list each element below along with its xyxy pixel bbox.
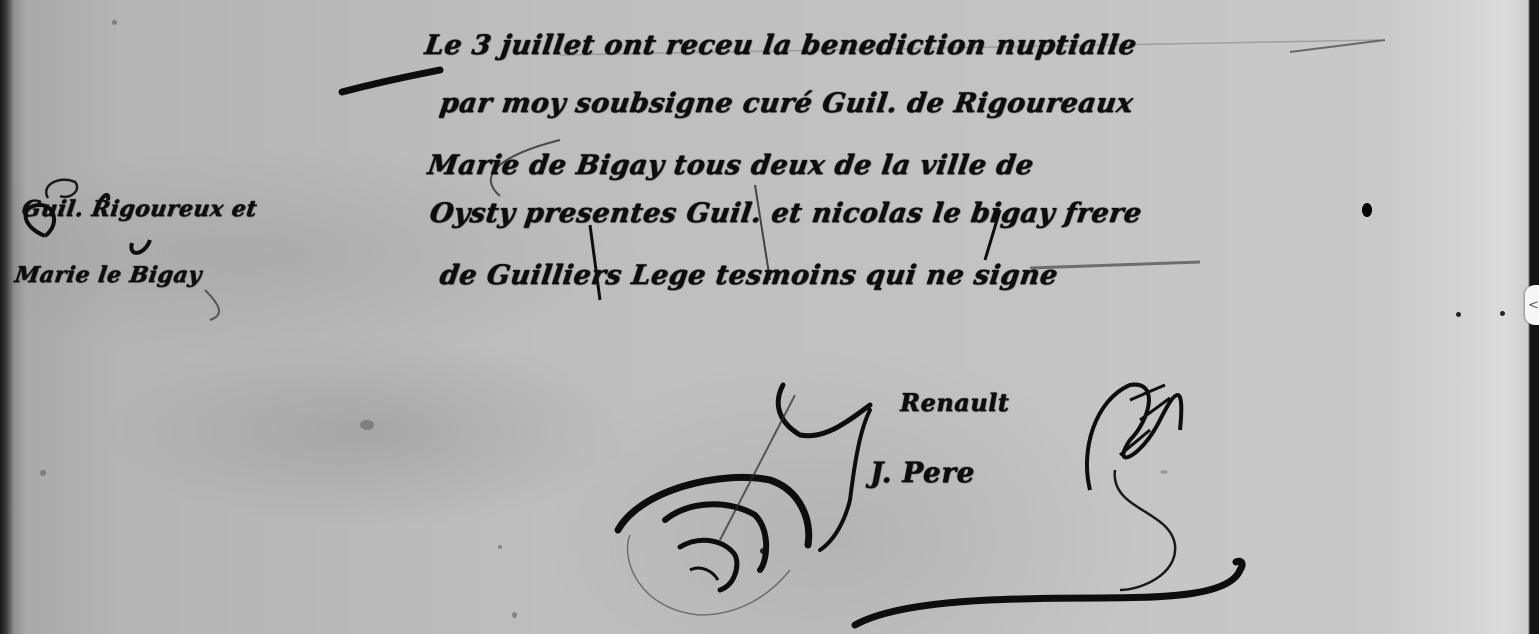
signature-pere: J. Pere: [870, 456, 975, 489]
paper-speck: [760, 548, 766, 554]
paper-speck: [1456, 312, 1461, 317]
paper-speck: [360, 420, 374, 430]
chevron-left-icon: <: [1528, 299, 1539, 312]
scanned-register-page: Le 3 juillet ont receu la benediction nu…: [0, 0, 1530, 634]
side-panel-toggle-button[interactable]: <: [1525, 285, 1539, 325]
margin-note-line-2: Marie le Bigay: [13, 262, 203, 288]
paper-speck: [1160, 470, 1168, 474]
margin-note-line-1: Guil. Rigoureux et: [20, 196, 259, 222]
paper-speck: [512, 612, 517, 618]
record-line-4: Oysty presentes Guil. et nicolas le biga…: [428, 198, 1144, 229]
image-viewer: Le 3 juillet ont receu la benediction nu…: [0, 0, 1539, 634]
record-line-5: de Guilliers Lege tesmoins qui ne signe: [438, 260, 1060, 291]
record-line-1: Le 3 juillet ont receu la benediction nu…: [423, 30, 1139, 61]
paper-speck: [1362, 203, 1372, 217]
paper-speck: [112, 20, 117, 25]
paper-speck: [498, 545, 502, 549]
paper-speck: [1500, 311, 1505, 316]
record-line-3: Marie de Bigay tous deux de la ville de: [426, 150, 1036, 181]
signature-renault: Renault: [900, 388, 1009, 417]
paper-speck: [40, 470, 46, 476]
record-line-2: par moy soubsigne curé Guil. de Rigourea…: [438, 88, 1135, 119]
